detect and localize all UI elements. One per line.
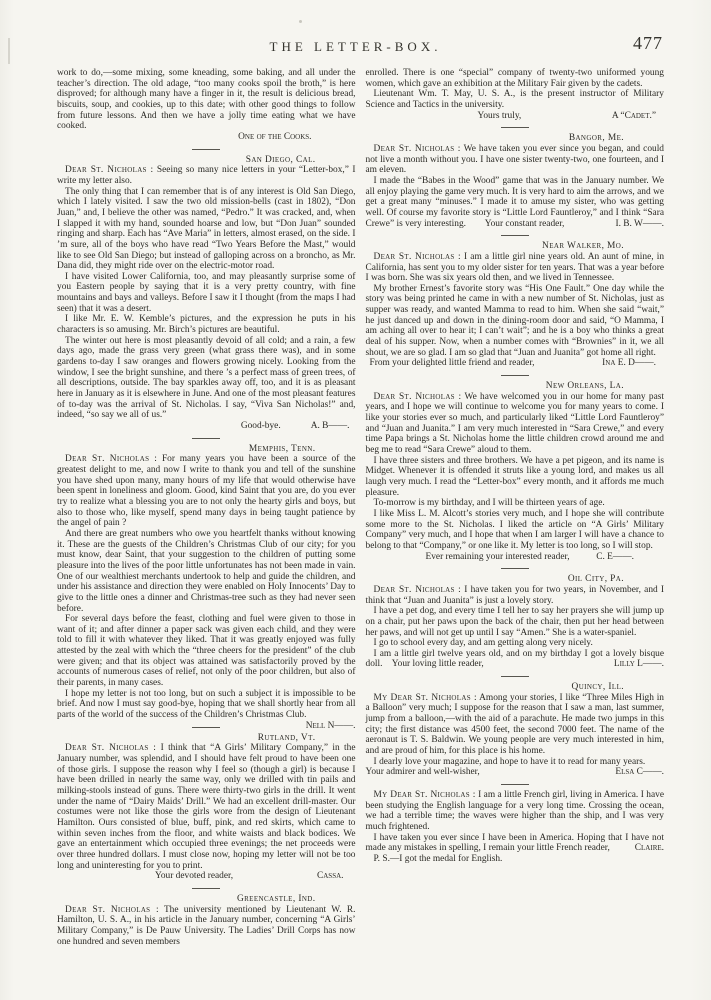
letter-memphis: Memphis, Tenn. Dear St. Nicholas : For m… [57,444,356,721]
salutation: Dear St. Nicholas : [374,585,462,595]
closing-phrase: Good-bye. [241,421,281,432]
letter-dateline: Bangor, Me. [366,133,665,144]
closing-phrase: From your delighted little friend and re… [370,358,535,369]
letter-dateline: Rutland, Vt. [57,733,356,744]
letter-paragraph: The only thing that I can remember that … [57,187,356,272]
salutation: Dear St. Nicholas : [65,454,157,464]
letter-oil-city: Oil City, Pa. Dear St. Nicholas : I have… [366,574,665,670]
letter-paragraph: I like Miss L. M. Alcott’s stories very … [366,509,665,552]
signature: Ina E. D——. [602,358,656,369]
page-header: THE LETTER-BOX. 477 [0,0,711,55]
section-divider [501,784,529,785]
paragraph-text: For many years you have been a source of… [57,454,356,528]
letter-claire: My Dear St. Nicholas : I am a little Fre… [366,790,665,865]
letter-near-walker: Near Walker, Mo. Dear St. Nicholas : I a… [366,241,665,369]
letter-postscript: P. S.—I got the medal for English. [366,854,665,865]
letter-dateline: New Orleans, La. [366,381,665,392]
letter-paragraph: I hope my letter is not too long, but on… [57,689,356,721]
letter-paragraph: I have visited Lower California, too, an… [57,272,356,315]
section-divider [501,676,529,677]
section-divider [192,438,220,439]
letter-paragraph: Dear St. Nicholas : We have taken you ev… [366,144,665,176]
letter-paragraph: Dear St. Nicholas : For many years you h… [57,454,356,529]
letter-dateline: Memphis, Tenn. [57,444,356,455]
section-divider [192,888,220,889]
letter-paragraph: Dear St. Nicholas : I think that “A Girl… [57,743,356,871]
closing-phrase: Ever remaining your interested reader, [426,552,570,563]
salutation: Dear St. Nicholas : [374,252,461,262]
paragraph-text: I hope my letter is not too long, but on… [57,689,356,720]
letter-san-diego: San Diego, Cal. Dear St. Nicholas : Seei… [57,155,356,432]
letter-paragraph: My Dear St. Nicholas : Among your storie… [366,693,665,757]
paragraph-text: Among your stories, I like “Three Miles … [366,693,665,756]
letter-paragraph: The winter out here is most pleasantly d… [57,336,356,421]
letter-paragraph: Dear St. Nicholas : The university menti… [57,905,356,948]
closing-line: Good-bye. A. B——. [57,421,356,432]
closing-line: Ever remaining your interested reader, C… [366,552,665,563]
letter-paragraph: I have taken you ever since I have been … [366,833,665,854]
letter-paragraph: For several days before the feast, cloth… [57,614,356,689]
letter-paragraph: And there are great numbers who owe you … [57,529,356,614]
letter-paragraph: I go to school every day, and am getting… [366,638,665,649]
signature: C. E——. [596,552,634,563]
letter-quincy: Quincy, Ill. My Dear St. Nicholas : Amon… [366,682,665,778]
left-column: work to do,—some mixing, some kneading, … [57,68,356,947]
letter-paragraph: My Dear St. Nicholas : I am a little Fre… [366,790,665,833]
letter-paragraph: I have a pet dog, and every time I tell … [366,606,665,638]
signature: One of the Cooks. [57,132,356,143]
letter-paragraph: Dear St. Nicholas : Seeing so many nice … [57,165,356,186]
closing-line: Your devoted reader, Cassa. [57,871,356,882]
signature: Cassa. [317,871,344,882]
letter-paragraph: I am a little girl twelve years old, and… [366,649,665,670]
magazine-page: THE LETTER-BOX. 477 work to do,—some mix… [0,0,711,1000]
letter-paragraph: My brother Ernest’s favorite story was “… [366,284,665,359]
section-divider [501,568,529,569]
letter-dateline: Near Walker, Mo. [366,241,665,252]
section-divider [192,727,220,728]
signature: Claire. [619,843,664,854]
letter-paragraph: Dear St. Nicholas : I am a little girl n… [366,252,665,284]
letter-dateline: Quincy, Ill. [366,682,665,693]
letter-cadet-continuation: enrolled. There is one “special” company… [366,68,665,121]
running-title: THE LETTER-BOX. [0,39,711,55]
letter-paragraph: Lieutenant Wm. T. May, U. S. A., is the … [366,89,665,110]
closing-phrase: Your devoted reader, [155,871,233,882]
letter-rutland: Rutland, Vt. Dear St. Nicholas : I think… [57,733,356,882]
section-divider [192,149,220,150]
letter-paragraph: I made the “Babes in the Wood” game that… [366,176,665,229]
closing-phrase: Yours truly, [478,111,522,122]
letter-paragraph: Dear St. Nicholas : I have taken you for… [366,585,665,606]
section-divider [501,235,529,236]
signature: A. B——. [311,421,350,432]
letter-paragraph: Dear St. Nicholas : We have welcomed you… [366,392,665,456]
signature: A “Cadet.” [612,111,656,122]
closing-line: Yours truly, A “Cadet.” [366,111,665,122]
section-divider [501,375,529,376]
salutation: My Dear St. Nicholas : [374,693,477,703]
signature: I. B. W——. [599,219,664,230]
page-number: 477 [633,33,663,54]
salutation: Dear St. Nicholas : [65,743,156,753]
letter-dateline: San Diego, Cal. [57,155,356,166]
letter-paragraph: I like Mr. E. W. Kemble’s pictures, and … [57,314,356,335]
signature: Lilly L——. [598,659,664,670]
letter-dateline: Oil City, Pa. [366,574,665,585]
signature: Nell N——. [290,721,356,732]
salutation: Dear St. Nicholas : [374,144,461,154]
letter-paragraph: work to do,—some mixing, some kneading, … [57,68,356,132]
letter-paragraph: To-morrow is my birthday, and I will be … [366,498,665,509]
letter-cooks-continuation: work to do,—some mixing, some kneading, … [57,68,356,143]
letter-paragraph: I have three sisters and three brothers.… [366,456,665,499]
letter-paragraph: enrolled. There is one “special” company… [366,68,665,89]
letter-columns: work to do,—some mixing, some kneading, … [0,55,711,947]
letter-bangor: Bangor, Me. Dear St. Nicholas : We have … [366,133,665,229]
signature: Elsa C——. [599,767,664,778]
paragraph-text: I think that “A Girls’ Military Company,… [57,743,356,870]
closing-line: From your delighted little friend and re… [366,358,665,369]
right-column: enrolled. There is one “special” company… [366,68,665,947]
letter-paragraph: I dearly love your magazine, and hope to… [366,757,665,778]
salutation: Dear St. Nicholas : [374,392,462,402]
letter-new-orleans: New Orleans, La. Dear St. Nicholas : We … [366,381,665,562]
salutation: Dear St. Nicholas : [65,905,159,915]
salutation: My Dear St. Nicholas : [374,790,476,800]
letter-greencastle: Greencastle, Ind. Dear St. Nicholas : Th… [57,894,356,947]
letter-dateline: Greencastle, Ind. [57,894,356,905]
salutation: Dear St. Nicholas : [65,165,153,175]
section-divider [501,127,529,128]
paragraph-text: We have welcomed you in our home for man… [366,392,665,455]
